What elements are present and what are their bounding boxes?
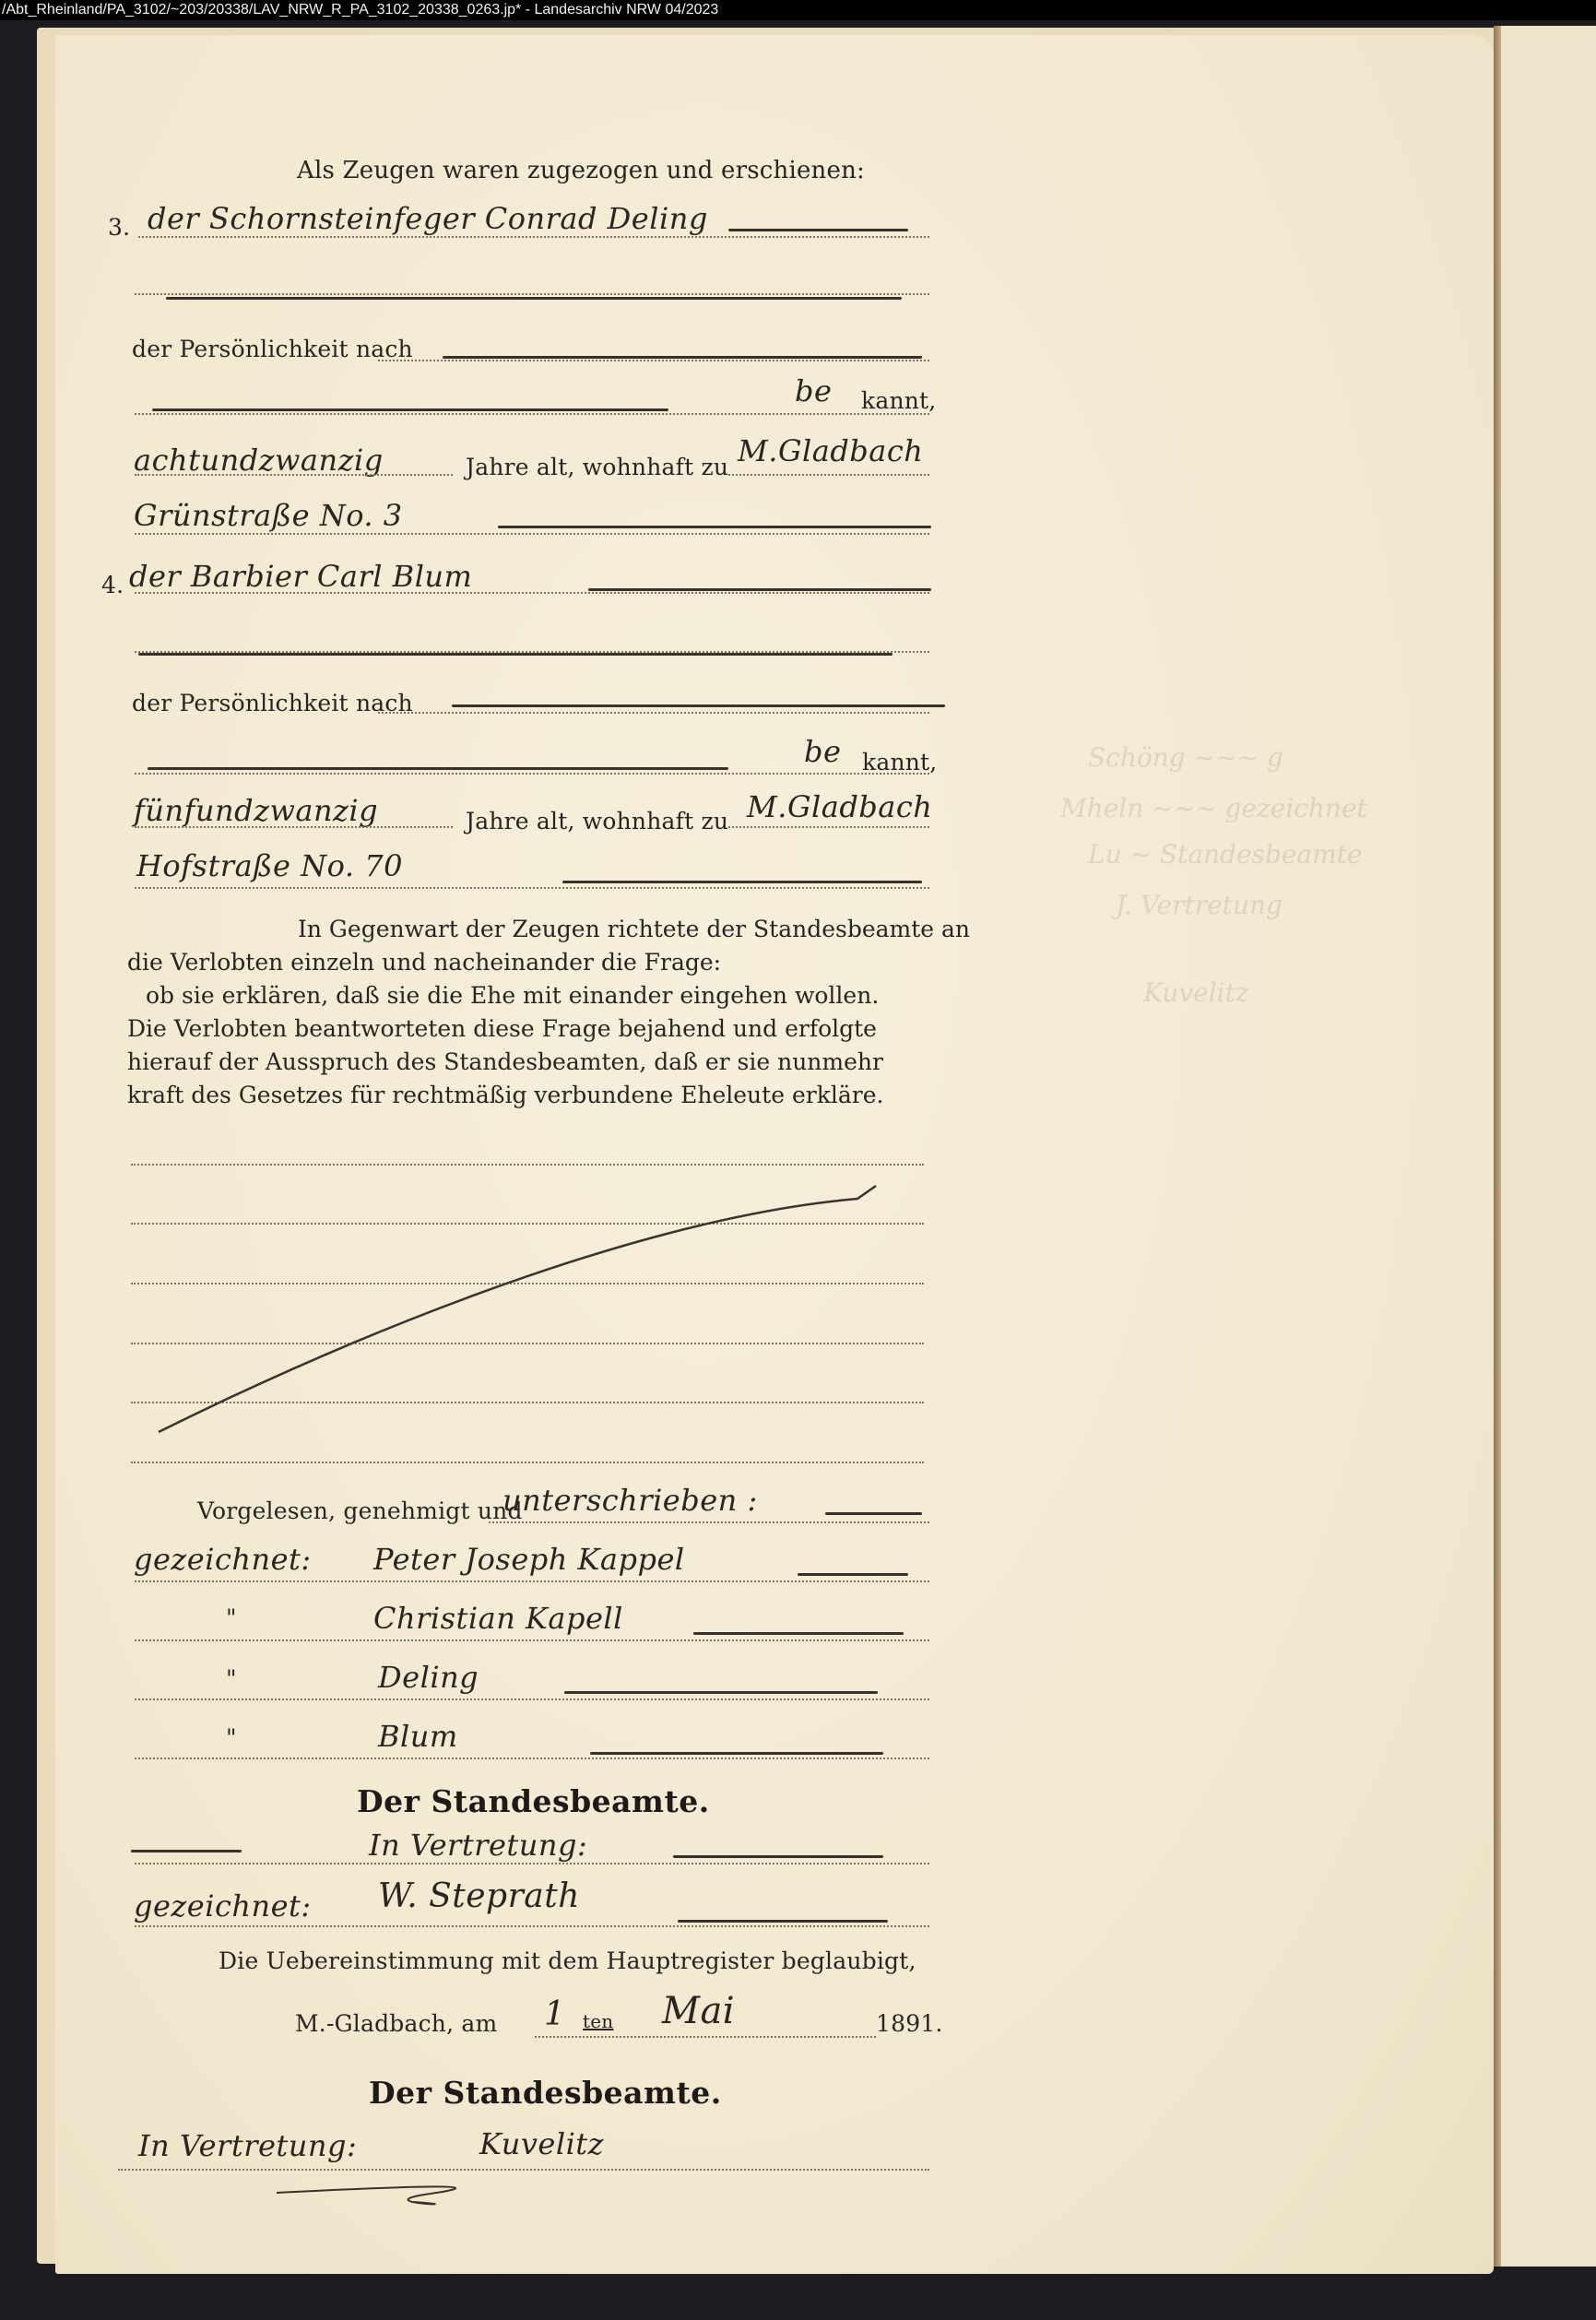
document-content: Schöng ~~~ g Mheln ~~~ gezeichnet Lu ~ S… [0,0,1596,2320]
signature-flourish [0,0,1596,2320]
